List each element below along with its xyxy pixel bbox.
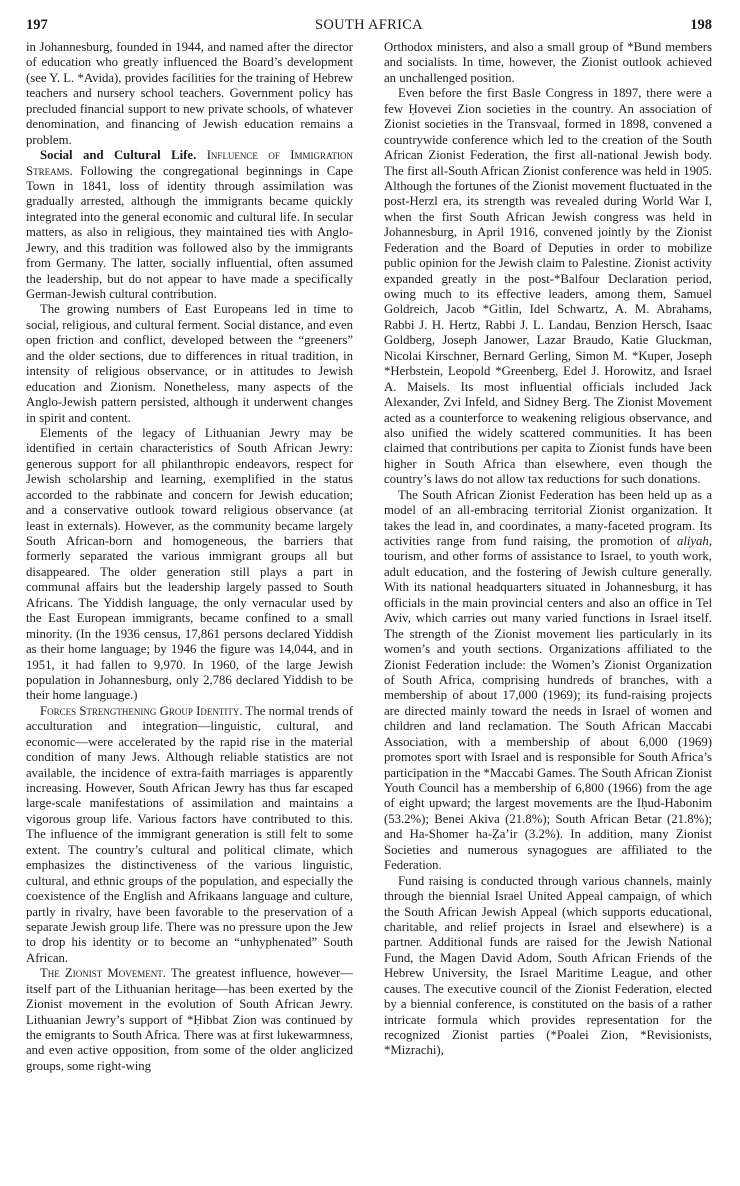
paragraph: Even before the first Basle Congress in …: [384, 86, 712, 487]
right-column: Orthodox ministers, and also a small gro…: [384, 40, 712, 1059]
paragraph: Forces Strengthening Group Identity. The…: [26, 704, 353, 966]
paragraph-text: The greatest influence, however—itself p…: [26, 966, 353, 1073]
italic-term: aliyah: [677, 534, 709, 548]
running-title: SOUTH AFRICA: [26, 17, 712, 34]
subsection-heading: Forces Strengthening Group Identity.: [40, 704, 243, 718]
paragraph-text: The normal trends of acculturation and i…: [26, 704, 353, 965]
paragraph: Social and Cultural Life. Influence of I…: [26, 148, 353, 302]
subsection-heading: The Zionist Movement.: [40, 966, 166, 980]
paragraph: Fund raising is conducted through variou…: [384, 874, 712, 1059]
paragraph: Orthodox ministers, and also a small gro…: [384, 40, 712, 86]
paragraph-text: The South African Zionist Federation has…: [384, 488, 712, 548]
section-heading: Social and Cultural Life.: [40, 148, 196, 162]
paragraph: The Zionist Movement. The greatest influ…: [26, 966, 353, 1074]
paragraph: in Johannesburg, founded in 1944, and na…: [26, 40, 353, 148]
paragraph: Elements of the legacy of Lithuanian Jew…: [26, 426, 353, 704]
page-number-right: 198: [690, 17, 712, 34]
paragraph-text: Following the congregational beginnings …: [26, 164, 353, 302]
paragraph: The South African Zionist Federation has…: [384, 488, 712, 874]
left-column: in Johannesburg, founded in 1944, and na…: [26, 40, 353, 1074]
paragraph: The growing numbers of East Europeans le…: [26, 302, 353, 426]
paragraph-text: , tourism, and other forms of assistance…: [384, 534, 712, 872]
page-header: 197 SOUTH AFRICA 198: [26, 17, 712, 37]
